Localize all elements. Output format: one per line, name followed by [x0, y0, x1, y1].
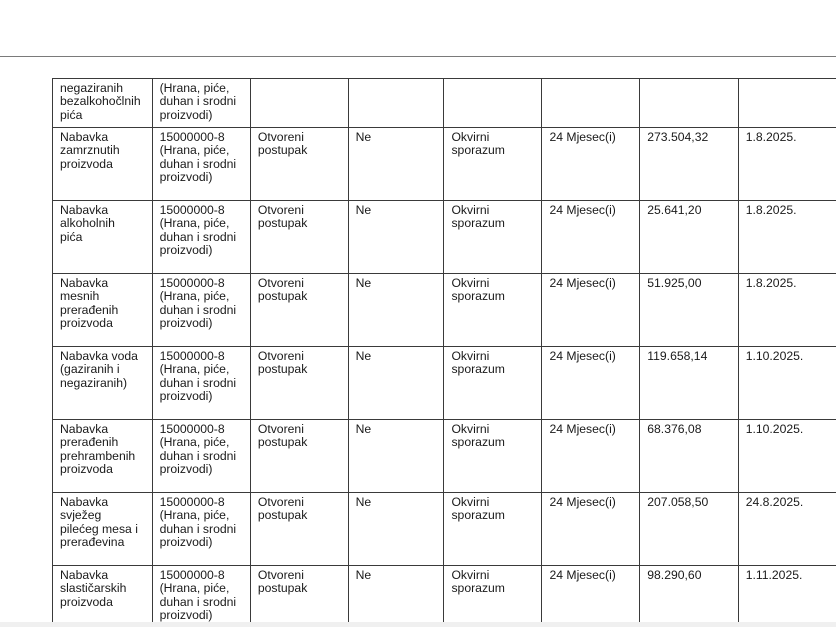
cell-contract-type: Okvirnisporazum: [444, 420, 542, 493]
cell-start-date: 1.8.2025.: [738, 274, 836, 347]
cell-estimated-value: 119.658,14: [640, 347, 738, 420]
cell-text-line: 15000000-8: [160, 350, 246, 363]
cell-text-line: proizvoda: [60, 463, 148, 476]
cell-text-line: Okvirni: [451, 350, 537, 363]
cell-contract-type: [444, 79, 542, 128]
cell-text-line: (Hrana, piće,: [160, 144, 246, 157]
cell-text-line: proizvodi): [160, 171, 246, 184]
cell-text-line: prerađenih: [60, 304, 148, 317]
cell-cpv-code: 15000000-8(Hrana, piće,duhan i srodnipro…: [152, 566, 250, 623]
cell-text-line: sporazum: [451, 217, 537, 230]
cell-text-line: 1.8.2025.: [746, 204, 832, 217]
cell-text-line: (Hrana, piće,: [160, 217, 246, 230]
cell-text-line: (Hrana, piće,: [160, 509, 246, 522]
cell-duration: 24 Mjesec(i): [542, 274, 640, 347]
cell-duration: 24 Mjesec(i): [542, 201, 640, 274]
cell-estimated-value: 273.504,32: [640, 128, 738, 201]
cell-text-line: sporazum: [451, 436, 537, 449]
viewer-background: [0, 622, 836, 627]
cell-text-line: postupak: [258, 509, 344, 522]
cell-lots: [348, 79, 444, 128]
cell-text-line: duhan i srodni: [160, 596, 246, 609]
cell-text-line: 24 Mjesec(i): [549, 277, 635, 290]
cell-subject: Nabavkasvježegpilećeg mesa iprerađevina: [53, 493, 153, 566]
table-row: Nabavkasvježegpilećeg mesa iprerađevina1…: [53, 493, 836, 566]
cell-subject: negaziranihbezalkohočlnihpića: [53, 79, 153, 128]
cell-duration: [542, 79, 640, 128]
cell-text-line: duhan i srodni: [160, 95, 246, 108]
cell-text-line: proizvodi): [160, 390, 246, 403]
cell-text-line: Otvoreni: [258, 569, 344, 582]
cell-text-line: duhan i srodni: [160, 304, 246, 317]
cell-text-line: Okvirni: [451, 277, 537, 290]
cell-text-line: 119.658,14: [647, 350, 733, 363]
cell-procedure-type: Otvorenipostupak: [250, 274, 348, 347]
cell-text-line: Okvirni: [451, 569, 537, 582]
cell-text-line: svježeg: [60, 509, 148, 522]
cell-text-line: Ne: [356, 131, 440, 144]
cell-text-line: Ne: [356, 569, 440, 582]
cell-text-line: duhan i srodni: [160, 377, 246, 390]
cell-cpv-code: 15000000-8(Hrana, piće,duhan i srodnipro…: [152, 274, 250, 347]
cell-procedure-type: Otvorenipostupak: [250, 347, 348, 420]
cell-text-line: (Hrana, piće,: [160, 82, 246, 95]
cell-subject: Nabavkazamrznutihproizvoda: [53, 128, 153, 201]
cell-text-line: postupak: [258, 290, 344, 303]
cell-start-date: 1.11.2025.: [738, 566, 836, 623]
cell-procedure-type: Otvorenipostupak: [250, 128, 348, 201]
cell-text-line: proizvodi): [160, 609, 246, 622]
document-page: negaziranihbezalkohočlnihpića(Hrana, pić…: [0, 0, 836, 622]
cell-text-line: 15000000-8: [160, 496, 246, 509]
table-row: negaziranihbezalkohočlnihpića(Hrana, pić…: [53, 79, 836, 128]
cell-text-line: slastičarskih: [60, 582, 148, 595]
cell-subject: Nabavkaslastičarskihproizvoda: [53, 566, 153, 623]
cell-text-line: sporazum: [451, 363, 537, 376]
cell-text-line: Ne: [356, 277, 440, 290]
cell-text-line: Otvoreni: [258, 131, 344, 144]
cell-text-line: bezalkohočlnih: [60, 95, 148, 108]
cell-text-line: (gaziranih i: [60, 363, 148, 376]
cell-subject: Nabavka voda(gaziranih inegaziranih): [53, 347, 153, 420]
cell-estimated-value: 68.376,08: [640, 420, 738, 493]
cell-text-line: proizvodi): [160, 317, 246, 330]
cell-text-line: postupak: [258, 144, 344, 157]
cell-contract-type: Okvirnisporazum: [444, 566, 542, 623]
cell-text-line: Nabavka: [60, 496, 148, 509]
cell-text-line: mesnih: [60, 290, 148, 303]
cell-subject: Nabavkaalkoholnihpića: [53, 201, 153, 274]
cell-text-line: (Hrana, piće,: [160, 363, 246, 376]
cell-start-date: 1.10.2025.: [738, 347, 836, 420]
cell-text-line: 24.8.2025.: [746, 496, 832, 509]
cell-cpv-code: 15000000-8(Hrana, piće,duhan i srodnipro…: [152, 493, 250, 566]
cell-text-line: Ne: [356, 423, 440, 436]
cell-text-line: Otvoreni: [258, 277, 344, 290]
cell-text-line: zamrznutih: [60, 144, 148, 157]
cell-text-line: postupak: [258, 363, 344, 376]
cell-text-line: 51.925,00: [647, 277, 733, 290]
cell-text-line: sporazum: [451, 290, 537, 303]
cell-estimated-value: [640, 79, 738, 128]
cell-text-line: 15000000-8: [160, 423, 246, 436]
cell-procedure-type: Otvorenipostupak: [250, 201, 348, 274]
cell-start-date: 1.10.2025.: [738, 420, 836, 493]
cell-contract-type: Okvirnisporazum: [444, 128, 542, 201]
cell-text-line: proizvoda: [60, 596, 148, 609]
cell-subject: Nabavkamesnihprerađenihproizvoda: [53, 274, 153, 347]
cell-text-line: 98.290,60: [647, 569, 733, 582]
table-row: Nabavkaprerađenihprehrambenihproizvoda15…: [53, 420, 836, 493]
cell-text-line: 1.10.2025.: [746, 350, 832, 363]
cell-text-line: postupak: [258, 436, 344, 449]
cell-text-line: 1.8.2025.: [746, 277, 832, 290]
cell-text-line: 24 Mjesec(i): [549, 350, 635, 363]
cell-text-line: sporazum: [451, 509, 537, 522]
cell-duration: 24 Mjesec(i): [542, 493, 640, 566]
cell-text-line: duhan i srodni: [160, 450, 246, 463]
cell-contract-type: Okvirnisporazum: [444, 347, 542, 420]
cell-text-line: Ne: [356, 204, 440, 217]
cell-procedure-type: [250, 79, 348, 128]
cell-text-line: Okvirni: [451, 204, 537, 217]
cell-text-line: Okvirni: [451, 131, 537, 144]
cell-procedure-type: Otvorenipostupak: [250, 493, 348, 566]
cell-text-line: proizvoda: [60, 158, 148, 171]
cell-cpv-code: 15000000-8(Hrana, piće,duhan i srodnipro…: [152, 347, 250, 420]
cell-start-date: [738, 79, 836, 128]
cell-duration: 24 Mjesec(i): [542, 347, 640, 420]
cell-text-line: duhan i srodni: [160, 158, 246, 171]
table-row: Nabavka voda(gaziranih inegaziranih)1500…: [53, 347, 836, 420]
page-divider: [0, 56, 836, 57]
cell-text-line: duhan i srodni: [160, 523, 246, 536]
cell-text-line: Okvirni: [451, 496, 537, 509]
cell-text-line: sporazum: [451, 144, 537, 157]
cell-text-line: Nabavka voda: [60, 350, 148, 363]
cell-text-line: Okvirni: [451, 423, 537, 436]
cell-text-line: negaziranih): [60, 377, 148, 390]
cell-text-line: proizvoda: [60, 317, 148, 330]
table-row: Nabavkaslastičarskihproizvoda15000000-8(…: [53, 566, 836, 623]
cell-text-line: 15000000-8: [160, 569, 246, 582]
cell-subject: Nabavkaprerađenihprehrambenihproizvoda: [53, 420, 153, 493]
cell-text-line: 68.376,08: [647, 423, 733, 436]
cell-text-line: 1.10.2025.: [746, 423, 832, 436]
cell-text-line: 1.8.2025.: [746, 131, 832, 144]
cell-text-line: Nabavka: [60, 423, 148, 436]
cell-text-line: Nabavka: [60, 131, 148, 144]
cell-text-line: 24 Mjesec(i): [549, 131, 635, 144]
table-row: Nabavkazamrznutihproizvoda15000000-8(Hra…: [53, 128, 836, 201]
cell-start-date: 1.8.2025.: [738, 201, 836, 274]
cell-procedure-type: Otvorenipostupak: [250, 566, 348, 623]
cell-duration: 24 Mjesec(i): [542, 420, 640, 493]
cell-text-line: Otvoreni: [258, 350, 344, 363]
cell-text-line: Ne: [356, 350, 440, 363]
cell-text-line: (Hrana, piće,: [160, 436, 246, 449]
cell-text-line: 15000000-8: [160, 204, 246, 217]
cell-text-line: prehrambenih: [60, 450, 148, 463]
cell-text-line: Ne: [356, 496, 440, 509]
cell-text-line: pilećeg mesa i: [60, 523, 148, 536]
cell-estimated-value: 51.925,00: [640, 274, 738, 347]
table-row: Nabavkaalkoholnihpića15000000-8(Hrana, p…: [53, 201, 836, 274]
cell-text-line: 207.058,50: [647, 496, 733, 509]
cell-lots: Ne: [348, 493, 444, 566]
cell-text-line: Otvoreni: [258, 204, 344, 217]
cell-lots: Ne: [348, 201, 444, 274]
cell-text-line: postupak: [258, 217, 344, 230]
cell-lots: Ne: [348, 420, 444, 493]
cell-procedure-type: Otvorenipostupak: [250, 420, 348, 493]
cell-text-line: 15000000-8: [160, 277, 246, 290]
cell-text-line: proizvodi): [160, 536, 246, 549]
cell-lots: Ne: [348, 566, 444, 623]
cell-duration: 24 Mjesec(i): [542, 128, 640, 201]
cell-text-line: prerađevina: [60, 536, 148, 549]
cell-text-line: pića: [60, 109, 148, 122]
cell-text-line: 24 Mjesec(i): [549, 423, 635, 436]
cell-lots: Ne: [348, 274, 444, 347]
cell-estimated-value: 98.290,60: [640, 566, 738, 623]
cell-text-line: 15000000-8: [160, 131, 246, 144]
cell-duration: 24 Mjesec(i): [542, 566, 640, 623]
cell-text-line: 273.504,32: [647, 131, 733, 144]
cell-start-date: 1.8.2025.: [738, 128, 836, 201]
cell-lots: Ne: [348, 347, 444, 420]
cell-text-line: duhan i srodni: [160, 231, 246, 244]
cell-text-line: prerađenih: [60, 436, 148, 449]
cell-text-line: (Hrana, piće,: [160, 290, 246, 303]
cell-text-line: proizvodi): [160, 109, 246, 122]
cell-cpv-code: 15000000-8(Hrana, piće,duhan i srodnipro…: [152, 201, 250, 274]
cell-text-line: (Hrana, piće,: [160, 582, 246, 595]
cell-text-line: Nabavka: [60, 204, 148, 217]
cell-estimated-value: 207.058,50: [640, 493, 738, 566]
cell-text-line: proizvodi): [160, 244, 246, 257]
cell-text-line: Nabavka: [60, 569, 148, 582]
cell-cpv-code: 15000000-8(Hrana, piće,duhan i srodnipro…: [152, 128, 250, 201]
cell-text-line: Nabavka: [60, 277, 148, 290]
cell-text-line: alkoholnih: [60, 217, 148, 230]
cell-cpv-code: 15000000-8(Hrana, piće,duhan i srodnipro…: [152, 420, 250, 493]
table-row: Nabavkamesnihprerađenihproizvoda15000000…: [53, 274, 836, 347]
procurement-table: negaziranihbezalkohočlnihpića(Hrana, pić…: [52, 78, 836, 622]
cell-text-line: Otvoreni: [258, 423, 344, 436]
cell-text-line: sporazum: [451, 582, 537, 595]
cell-text-line: negaziranih: [60, 82, 148, 95]
cell-start-date: 24.8.2025.: [738, 493, 836, 566]
cell-lots: Ne: [348, 128, 444, 201]
cell-contract-type: Okvirnisporazum: [444, 274, 542, 347]
cell-text-line: 25.641,20: [647, 204, 733, 217]
cell-text-line: Otvoreni: [258, 496, 344, 509]
cell-text-line: 24 Mjesec(i): [549, 204, 635, 217]
cell-text-line: 1.11.2025.: [746, 569, 832, 582]
cell-contract-type: Okvirnisporazum: [444, 201, 542, 274]
cell-text-line: 24 Mjesec(i): [549, 569, 635, 582]
cell-cpv-code: (Hrana, piće,duhan i srodniproizvodi): [152, 79, 250, 128]
cell-contract-type: Okvirnisporazum: [444, 493, 542, 566]
cell-text-line: proizvodi): [160, 463, 246, 476]
cell-text-line: postupak: [258, 582, 344, 595]
cell-estimated-value: 25.641,20: [640, 201, 738, 274]
cell-text-line: 24 Mjesec(i): [549, 496, 635, 509]
cell-text-line: pića: [60, 231, 148, 244]
